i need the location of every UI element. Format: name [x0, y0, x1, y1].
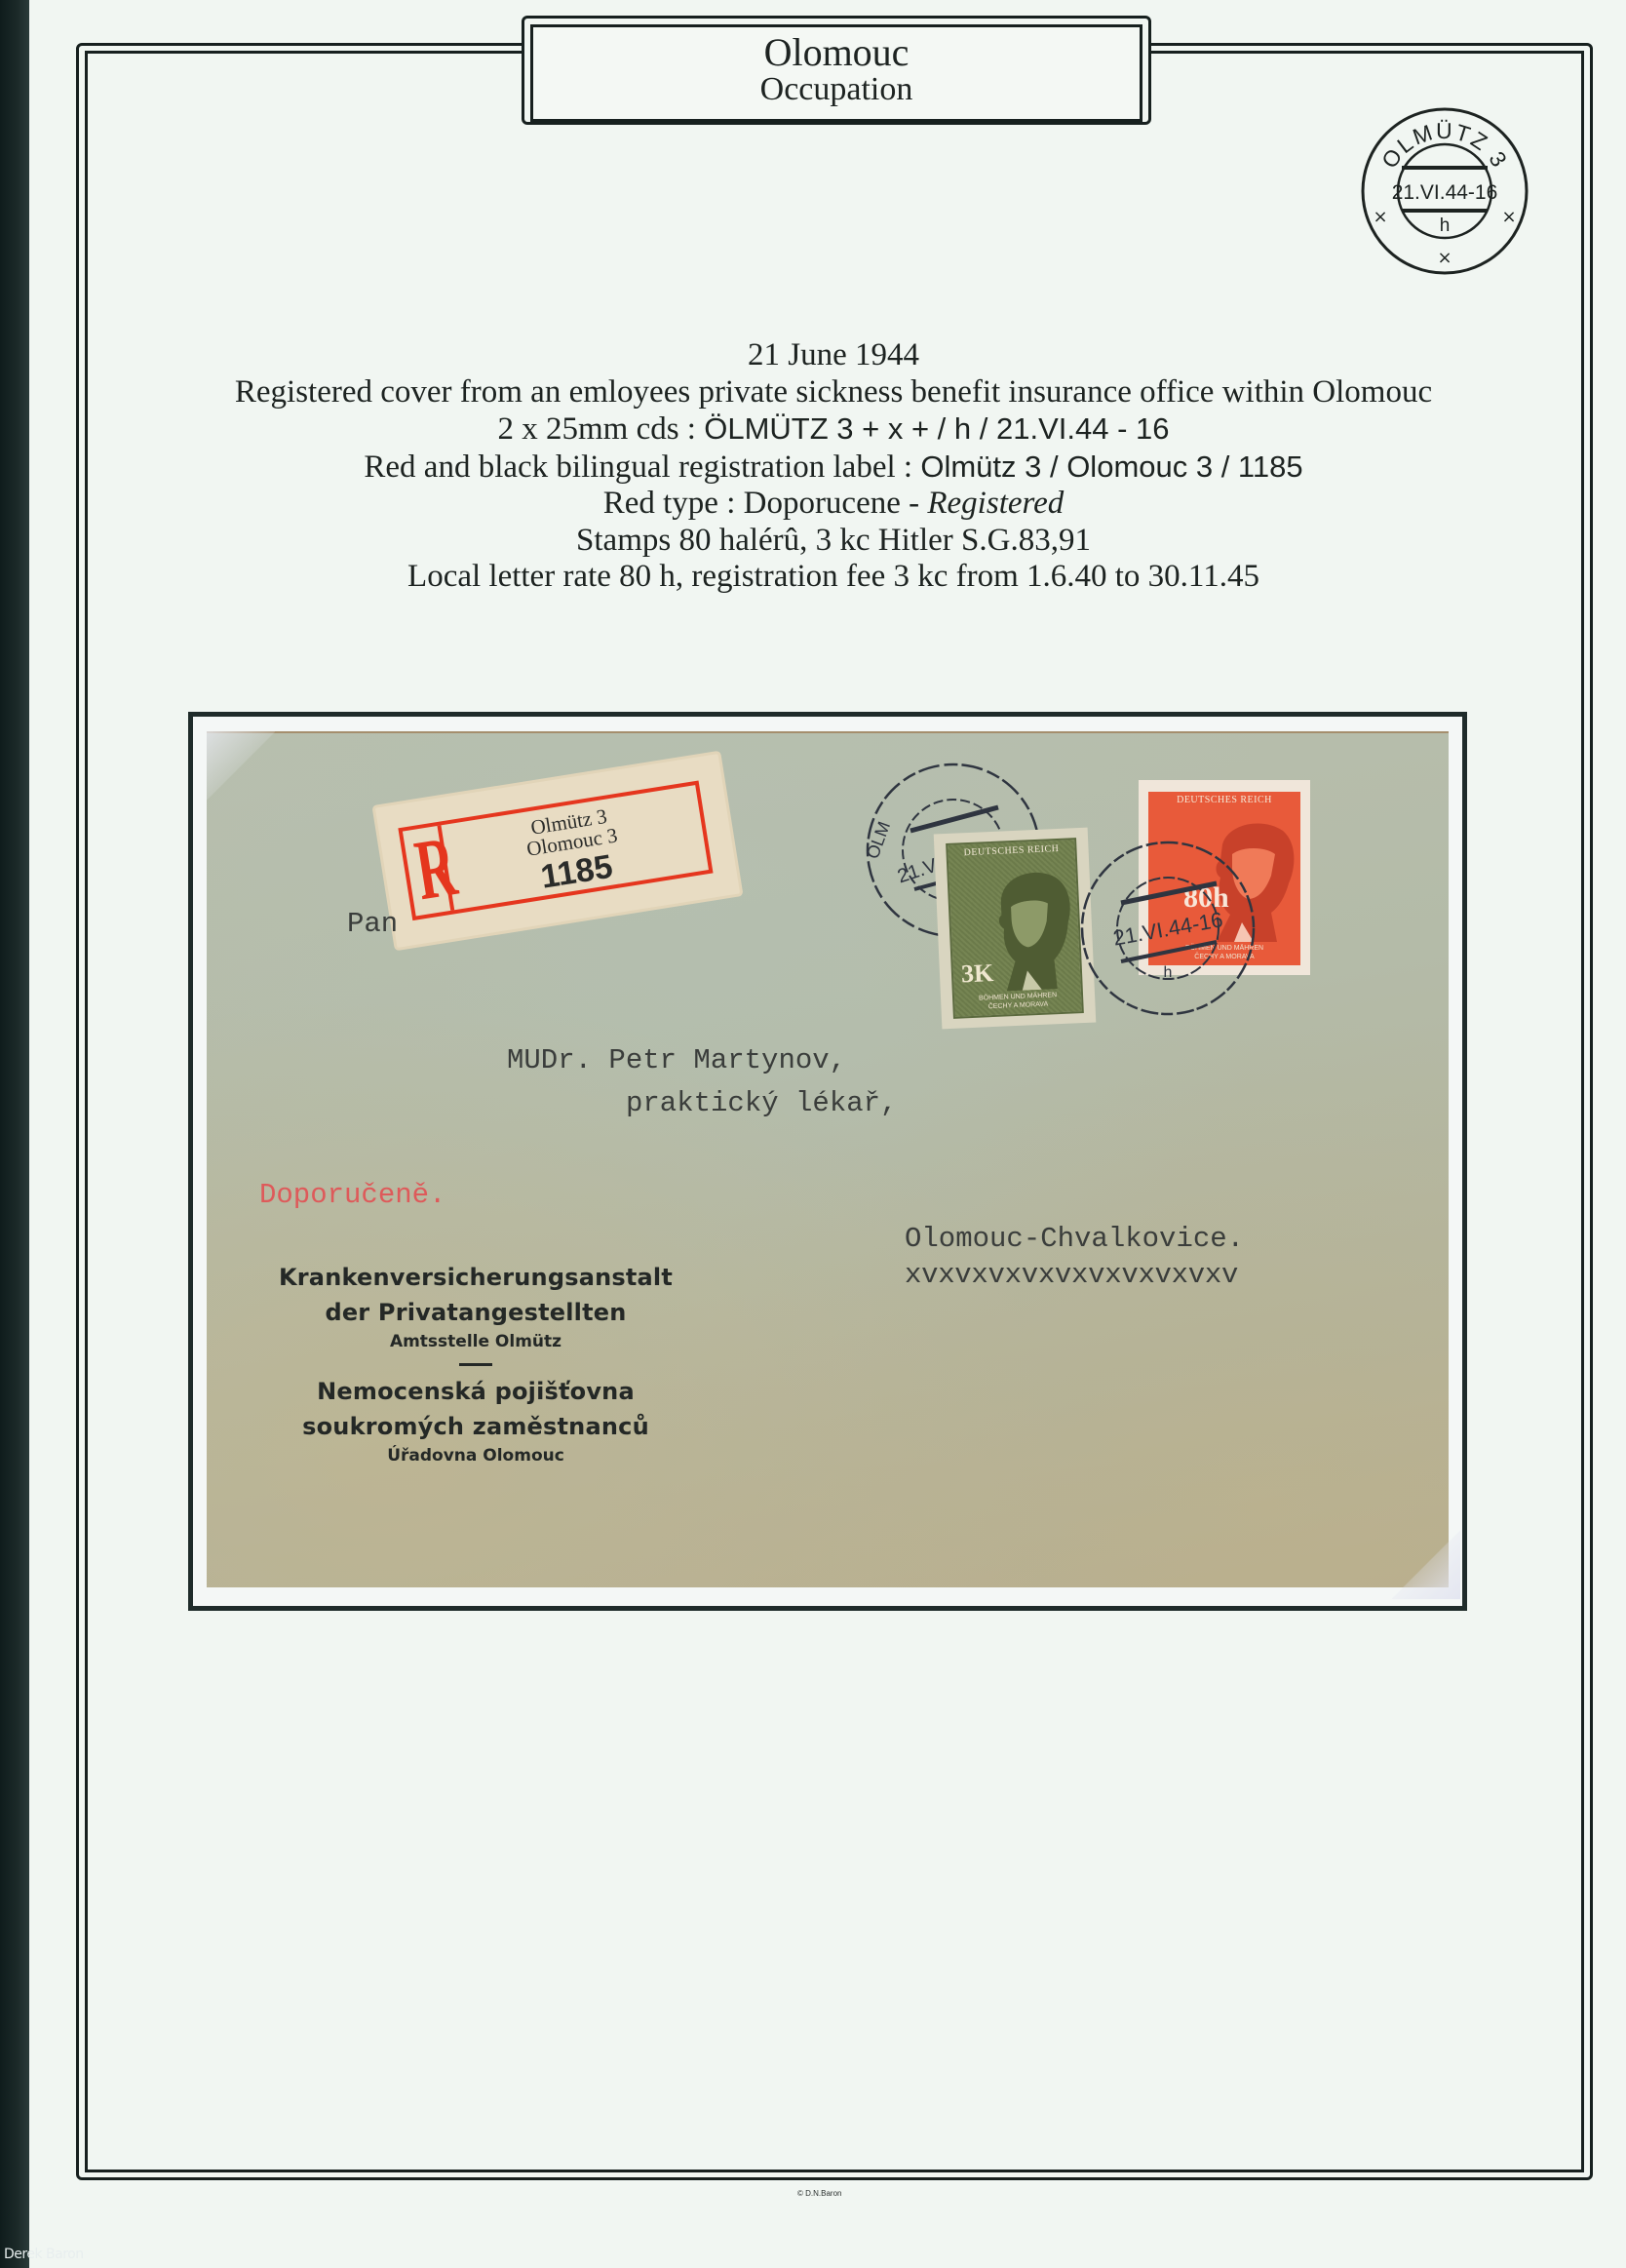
red-type-doporucene: Doporučeně.: [259, 1180, 445, 1211]
description-line-4: Red type : Doporucene - Registered: [88, 486, 1579, 523]
registration-r-box: R: [403, 825, 454, 916]
sender-de-line-1: Krankenversicherungsanstalt: [232, 1260, 719, 1295]
sender-cz-line-2: soukromých zaměstnanců: [232, 1409, 719, 1444]
stamp-3k-header: DEUTSCHES REICH: [948, 842, 1074, 859]
addressee-underline: xvxvxvxvxvxvxvxvxvxv: [905, 1260, 1238, 1291]
watermark: Derek Baron: [4, 2247, 84, 2262]
description-date: 21 June 1944: [88, 337, 1579, 374]
page-title: Olomouc: [533, 33, 1140, 72]
postmark-illustration: OLMÜTZ 3 21.VI.44-16 h × × ×: [1359, 105, 1530, 277]
stamp-3k-footer: BÖHMEN UND MÄHRENČECHY A MORAVA: [954, 990, 1082, 1013]
stamp-80h-design: DEUTSCHES REICH 80h BÖHMEN UND MÄHRENČEC…: [1148, 792, 1300, 965]
registration-r-letter: R: [411, 831, 443, 911]
addressee-city: Olomouc-Chvalkovice.: [905, 1224, 1244, 1255]
copyright: © D.N.Baron: [797, 2189, 841, 2198]
description-line-6: Local letter rate 80 h, registration fee…: [88, 559, 1579, 596]
cds-label: 2 x 25mm cds :: [497, 411, 704, 447]
postmark-letter: h: [1440, 215, 1451, 236]
description-line-3: Red and black bilingual registration lab…: [88, 449, 1579, 487]
sender-cz-line-1: Nemocenská pojišťovna: [232, 1374, 719, 1409]
red-type-label: Red type : Doporucene -: [603, 486, 928, 521]
stamp-80h: DEUTSCHES REICH 80h BÖHMEN UND MÄHRENČEC…: [1139, 780, 1310, 975]
stamp-3k-portrait: [982, 861, 1081, 992]
stamp-80h-footer: BÖHMEN UND MÄHRENČECHY A MORAVA: [1148, 944, 1300, 961]
description-line-1: Registered cover from an emloyees privat…: [88, 374, 1579, 411]
cds-value: ÖLMÜTZ 3 + x + / h / 21.VI.44 - 16: [704, 411, 1169, 446]
sender-cz-line-3: Úřadovna Olomouc: [232, 1444, 719, 1467]
page-subtitle: Occupation: [533, 72, 1140, 107]
stamp-80h-portrait: [1199, 815, 1300, 942]
sender-divider: [459, 1363, 492, 1366]
description: 21 June 1944 Registered cover from an em…: [88, 337, 1579, 596]
stamp-3k-value: 3K: [960, 958, 994, 989]
title-box: Olomouc Occupation: [530, 24, 1142, 122]
postmark-ornament-left: ×: [1373, 207, 1387, 227]
reg-label-value: Olmütz 3 / Olomouc 3 / 1185: [920, 450, 1302, 484]
addressee-line-2: praktický lékař,: [626, 1088, 897, 1119]
postmark-date: 21.VI.44-16: [1392, 181, 1498, 204]
mount-corner-top-left: [207, 731, 275, 800]
reg-label-label: Red and black bilingual registration lab…: [364, 450, 920, 485]
salutation: Pan: [347, 909, 398, 940]
stamp-3k-design: DEUTSCHES REICH 3K BÖHMEN UND MÄHRENČECH…: [946, 838, 1084, 1019]
registration-label-border: R Olmütz 3 Olomouc 3 1185: [398, 781, 713, 921]
scan-edge-strip: [0, 0, 29, 2268]
stamp-80h-header: DEUTSCHES REICH: [1148, 795, 1300, 805]
stamp-80h-value: 80h: [1183, 881, 1229, 915]
description-line-5: Stamps 80 halérû, 3 kc Hitler S.G.83,91: [88, 523, 1579, 560]
stamp-3k: DEUTSCHES REICH 3K BÖHMEN UND MÄHRENČECH…: [934, 828, 1097, 1030]
postmark-ornament-right: ×: [1501, 207, 1516, 227]
mount-corner-bottom-right: [1392, 1531, 1460, 1599]
addressee-line-1: MUDr. Petr Martynov,: [507, 1045, 846, 1076]
description-line-2: 2 x 25mm cds : ÖLMÜTZ 3 + x + / h / 21.V…: [88, 411, 1579, 449]
sender-de-line-3: Amtsstelle Olmütz: [232, 1330, 719, 1353]
red-type-translation: Registered: [927, 486, 1064, 521]
sender-imprint: Krankenversicherungsanstalt der Privatan…: [232, 1260, 719, 1467]
postmark-ornament-bottom: ×: [1437, 248, 1452, 268]
sender-de-line-2: der Privatangestellten: [232, 1295, 719, 1330]
